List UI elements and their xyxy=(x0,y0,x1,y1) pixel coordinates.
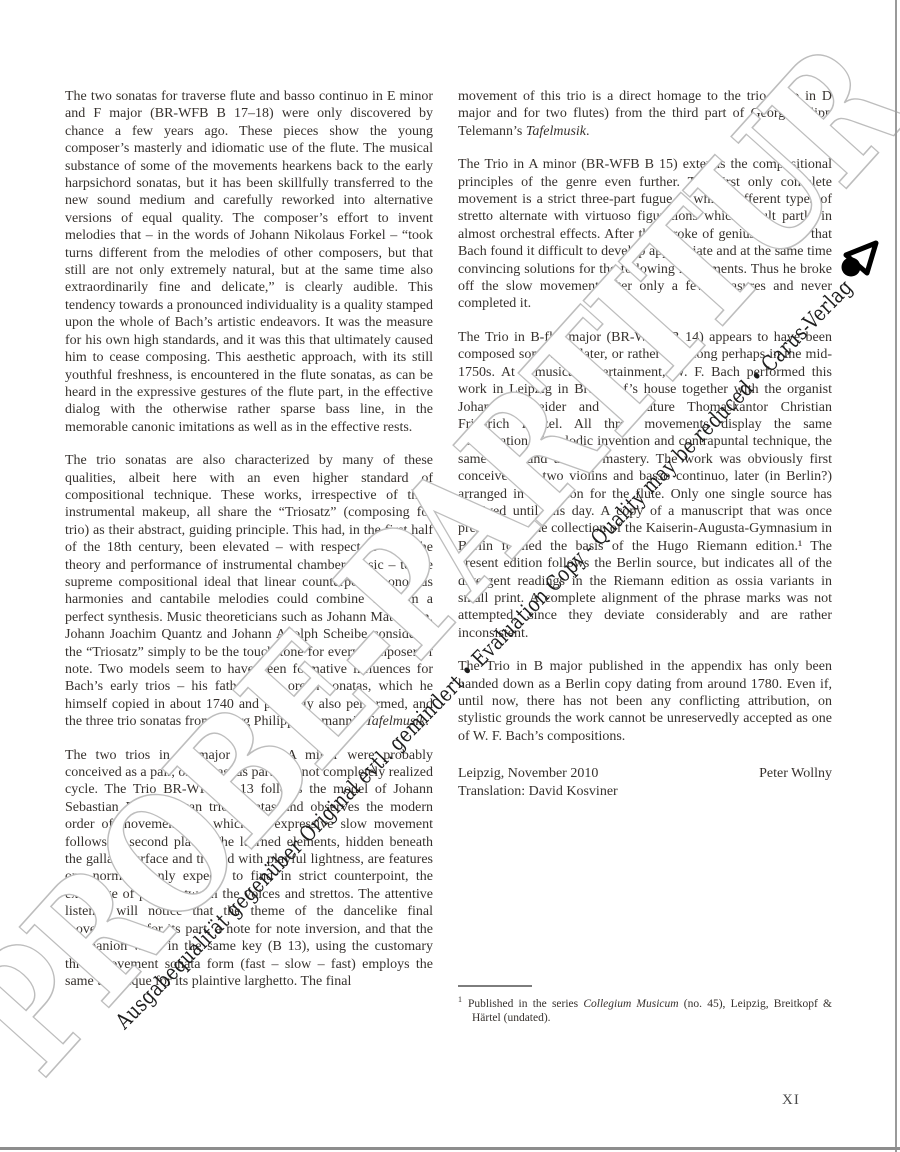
italic-text: Collegium Musicum xyxy=(583,998,678,1010)
footnote-body: 1Published in the series Collegium Music… xyxy=(458,993,832,1026)
text-run: The Trio in A minor (BR-WFB B 15) extend… xyxy=(458,157,832,311)
paragraph: The two trios in D major and in A minor … xyxy=(65,747,433,991)
signoff-row: Leipzig, November 2010 Peter Wollny xyxy=(458,765,832,782)
right-column-paragraphs: movement of this trio is a direct homage… xyxy=(458,88,832,745)
paragraph: The trio sonatas are also characterized … xyxy=(65,452,433,731)
text-run: . xyxy=(425,714,429,729)
text-run: The two trios in D major and in A minor … xyxy=(65,748,433,989)
footnote-text: Published in the series Collegium Musicu… xyxy=(468,998,832,1025)
footnote: 1Published in the series Collegium Music… xyxy=(458,985,832,1026)
paragraph: The Trio in B-flat major (BR-WFB B 14) a… xyxy=(458,329,832,642)
text-run: The trio sonatas are also characterized … xyxy=(65,453,433,729)
scanned-preface-page: The two sonatas for traverse flute and b… xyxy=(0,0,900,1152)
right-text-column: movement of this trio is a direct homage… xyxy=(458,88,832,800)
text-run: The Trio in B major published in the app… xyxy=(458,659,832,744)
paragraph: The Trio in B major published in the app… xyxy=(458,658,832,745)
scan-edge-right xyxy=(895,0,897,1152)
text-run: movement of this trio is a direct homage… xyxy=(458,89,832,139)
signoff-translation: Translation: David Kosviner xyxy=(458,783,832,800)
text-run: . xyxy=(586,124,590,139)
text-run: The two sonatas for traverse flute and b… xyxy=(65,89,433,435)
scan-edge-bottom xyxy=(0,1147,900,1150)
paragraph: The Trio in A minor (BR-WFB B 15) extend… xyxy=(458,156,832,313)
paragraph: The two sonatas for traverse flute and b… xyxy=(65,88,433,436)
italic-text: Tafelmusik xyxy=(526,124,586,139)
page-number: XI xyxy=(782,1092,800,1109)
signoff-place-date: Leipzig, November 2010 xyxy=(458,765,598,782)
signoff-block: Leipzig, November 2010 Peter Wollny Tran… xyxy=(458,765,832,800)
paragraph: movement of this trio is a direct homage… xyxy=(458,88,832,140)
signoff-author: Peter Wollny xyxy=(759,765,832,782)
footnote-rule xyxy=(458,985,532,987)
footnote-marker: 1 xyxy=(458,995,462,1004)
text-run: The Trio in B-flat major (BR-WFB B 14) a… xyxy=(458,330,832,641)
carus-logo-icon xyxy=(842,243,877,277)
left-text-column: The two sonatas for traverse flute and b… xyxy=(65,88,433,1006)
italic-text: Tafelmusik xyxy=(365,714,425,729)
text-run: Published in the series xyxy=(468,998,583,1010)
